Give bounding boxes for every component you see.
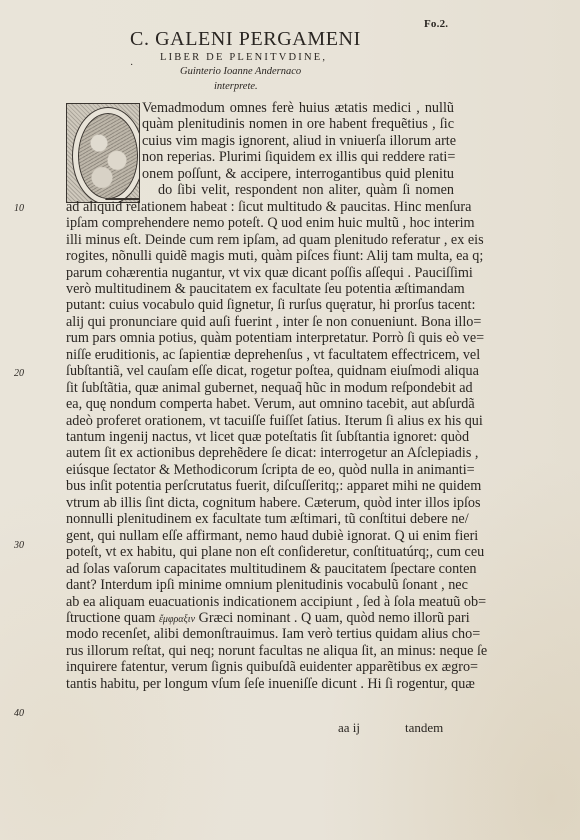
line-number-20: 20 — [14, 368, 24, 379]
text-line: putant: cuius vocabulo quid ſignetur, ſi… — [66, 297, 454, 313]
text-line: gent, qui nullam eſſe affirmant, nemo ha… — [66, 528, 454, 544]
line-number-40: 40 — [14, 708, 24, 719]
line-number-10: 10 — [14, 203, 24, 214]
text-line: dant? Interdum ipſi minime omnium plenit… — [66, 577, 454, 593]
text-line: ſtructione quam ἔμφραξιν Græci nominant … — [66, 610, 454, 626]
text-line: inquirere fatentur, verum ſignis quibuſd… — [66, 659, 454, 675]
text-line: ab ea aliquam euacuationis indicationem … — [66, 594, 454, 610]
text-line: illi minus eſt. Deinde cum rem ipſam, ad… — [66, 232, 454, 248]
text-line: tantis habitu, per longum vſum ſeſe inue… — [66, 676, 454, 692]
page-title: C. GALENI PERGAMENI — [130, 28, 361, 51]
catchword: tandem — [405, 720, 443, 736]
greek-word: ἔμφραξιν — [159, 614, 195, 625]
text-line: poteſt, vt ex habitu, qui plane non eſt … — [66, 544, 454, 560]
folio-number: Fo.2. — [424, 18, 448, 30]
text-line: ipſam comprehendere nemo poteſt. Q uod e… — [66, 215, 454, 231]
text-line: rum pars omnia potius, quàm potentiam in… — [66, 330, 454, 346]
text-line: nonnulli plenitudinem ex facultate tum æ… — [66, 511, 454, 527]
drop-cap-letter-ring — [73, 108, 140, 203]
text-line: parum cohærentia nugantur, vt vix quæ di… — [66, 265, 454, 281]
text-line: niſſe eruditionis, ac ſapientiæ deprehen… — [66, 347, 454, 363]
text-line: non reperias. Plurimi ſiquidem ex illis … — [142, 149, 454, 165]
text-line: ea, quę nondum comperta habet. Verum, au… — [66, 396, 454, 412]
text-line: ſubſtantiã, vel cauſam eſſe dicat, roget… — [66, 363, 454, 379]
signature-mark: aa ij — [338, 720, 360, 736]
text-line: eiúsque ſectator & Methodicorum ſcripta … — [66, 462, 454, 478]
text-line: rogites, nõnulli quidẽ magis muti, quàm … — [66, 248, 454, 264]
text-line: quàm plenitudinis nomen in ore habent fr… — [142, 116, 454, 132]
text-line: tantum ingenij nactus, vt licet quæ pote… — [66, 429, 454, 445]
text-line: bus inſit potentia perſcrutatus fuerit, … — [66, 478, 454, 494]
text-line: onem poſſunt, & accipere, interrogantibu… — [142, 166, 454, 182]
drop-cap-q-icon — [66, 103, 140, 203]
page-subtitle: LIBER DE PLENITVDINE, — [160, 52, 327, 63]
text-line: Vemadmodum omnes ferè huius ætatis medic… — [142, 100, 454, 116]
text-line: verò multitudinem & paucitatem ex facult… — [66, 281, 454, 297]
text-line-start: ſtructione quam — [66, 610, 155, 626]
text-line: adeò proferet orationem, vt tacuiſſe fui… — [66, 413, 454, 429]
line-number-30: 30 — [14, 540, 24, 551]
ornament-dot: · — [130, 60, 133, 71]
text-line: rus illorum reſtat, qui neq; norunt facu… — [66, 643, 454, 659]
text-line: alij qui pronunciare quid auſi fuerint ,… — [66, 314, 454, 330]
text-line: ſit ſubſtãtia, quæ animal gubernet, nequ… — [66, 380, 454, 396]
text-line: ad aliquid relationem habeat : ſicut mul… — [66, 199, 454, 215]
text-line-end: Græci nominant . Q uam, quòd nemo illorũ… — [199, 610, 470, 626]
translator-credit-role: interprete. — [214, 81, 258, 92]
text-line: modo recenſet, alibi demonſtrauimus. Iam… — [66, 626, 454, 642]
book-page: Fo.2. C. GALENI PERGAMENI · LIBER DE PLE… — [0, 0, 580, 840]
text-line: cuius vim magis ignorent, aliud in vniue… — [142, 133, 454, 149]
text-line: vtrum ab illis ſint dicta, cognitum habe… — [66, 495, 454, 511]
text-line: ad ſolas vaſorum capacitates multitudine… — [66, 561, 454, 577]
text-line: do ſibi velit, respondent non aliter, qu… — [158, 182, 454, 198]
translator-credit: Guinterio Ioanne Andernaco — [180, 66, 301, 77]
text-line: autem ſit ex actionibus deprehẽdere ſe d… — [66, 445, 454, 461]
